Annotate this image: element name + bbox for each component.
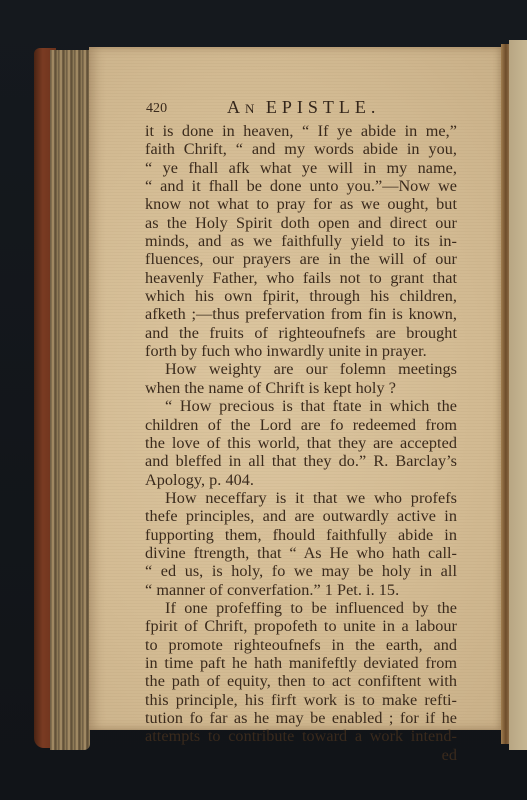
running-title: AN EPISTLE. xyxy=(227,98,380,118)
text-line: faith Chrift, “ and my words abide in yo… xyxy=(145,140,457,158)
body-text: it is done in heaven, “ If ye abide in m… xyxy=(145,122,457,764)
text-line: as the Holy Spirit doth open and direct … xyxy=(145,214,457,232)
facing-page-edge xyxy=(509,40,527,750)
text-line: ed xyxy=(145,746,457,764)
text-line: the path of equity, then to act confifte… xyxy=(145,672,457,690)
text-line: fpirit of Chrift, propofeth to unite in … xyxy=(145,617,457,635)
text-line: attempts to contribute toward a work int… xyxy=(145,727,457,745)
text-line: “ ed us, is holy, fo we may be holy in a… xyxy=(145,562,457,580)
text-line: and bleffed in all that they do.” R. Bar… xyxy=(145,452,457,470)
text-line: and the fruits of righteoufnefs are brou… xyxy=(145,324,457,342)
page-text: 420 AN EPISTLE. it is done in heaven, “ … xyxy=(145,98,457,764)
text-line: minds, and as we faithfully yield to its… xyxy=(145,232,457,250)
text-line: this principle, his firft work is to mak… xyxy=(145,691,457,709)
text-line: heavenly Father, who fails not to grant … xyxy=(145,269,457,287)
text-line: it is done in heaven, “ If ye abide in m… xyxy=(145,122,457,140)
text-line: divine ftrength, that “ As He who hath c… xyxy=(145,544,457,562)
text-line: Apology, p. 404. xyxy=(145,471,457,489)
page-stack-edges xyxy=(50,50,90,750)
title-small-cap: N xyxy=(245,101,256,116)
text-line: fluences, our prayers are in the will of… xyxy=(145,250,457,268)
text-line: afketh ;—thus prefervation from fin is k… xyxy=(145,305,457,323)
text-line: “ ye fhall afk what ye will in my name, xyxy=(145,159,457,177)
text-line: “ manner of converfation.” 1 Pet. i. 15. xyxy=(145,581,457,599)
text-line: which his own fpirit, through his childr… xyxy=(145,287,457,305)
text-line: If one profeffing to be influenced by th… xyxy=(145,599,457,617)
text-line: tution fo far as he may be enabled ; for… xyxy=(145,709,457,727)
text-line: How weighty are our folemn meetings xyxy=(145,360,457,378)
text-line: when the name of Chrift is kept holy ? xyxy=(145,379,457,397)
text-line: children of the Lord are fo redeemed fro… xyxy=(145,416,457,434)
text-line: How neceffary is it that we who profefs xyxy=(145,489,457,507)
text-line: fupporting them, fhould faithfully abide… xyxy=(145,526,457,544)
book-gutter xyxy=(501,44,509,744)
text-line: know not what to pray for as we ought, b… xyxy=(145,195,457,213)
text-line: in time paft he hath manifeftly deviated… xyxy=(145,654,457,672)
running-head: 420 AN EPISTLE. xyxy=(145,98,457,120)
title-initial: A xyxy=(227,97,245,117)
title-rest: EPISTLE. xyxy=(256,97,380,117)
text-line: “ How precious is that ftate in which th… xyxy=(145,397,457,415)
text-line: forth by fuch who inwardly unite in pray… xyxy=(145,342,457,360)
page-number: 420 xyxy=(146,100,167,118)
text-line: “ and it fhall be done unto you.”—Now we xyxy=(145,177,457,195)
text-line: thefe principles, and are outwardly acti… xyxy=(145,507,457,525)
text-line: the love of this world, that they are ac… xyxy=(145,434,457,452)
text-line: to promote righteoufnefs in the earth, a… xyxy=(145,636,457,654)
